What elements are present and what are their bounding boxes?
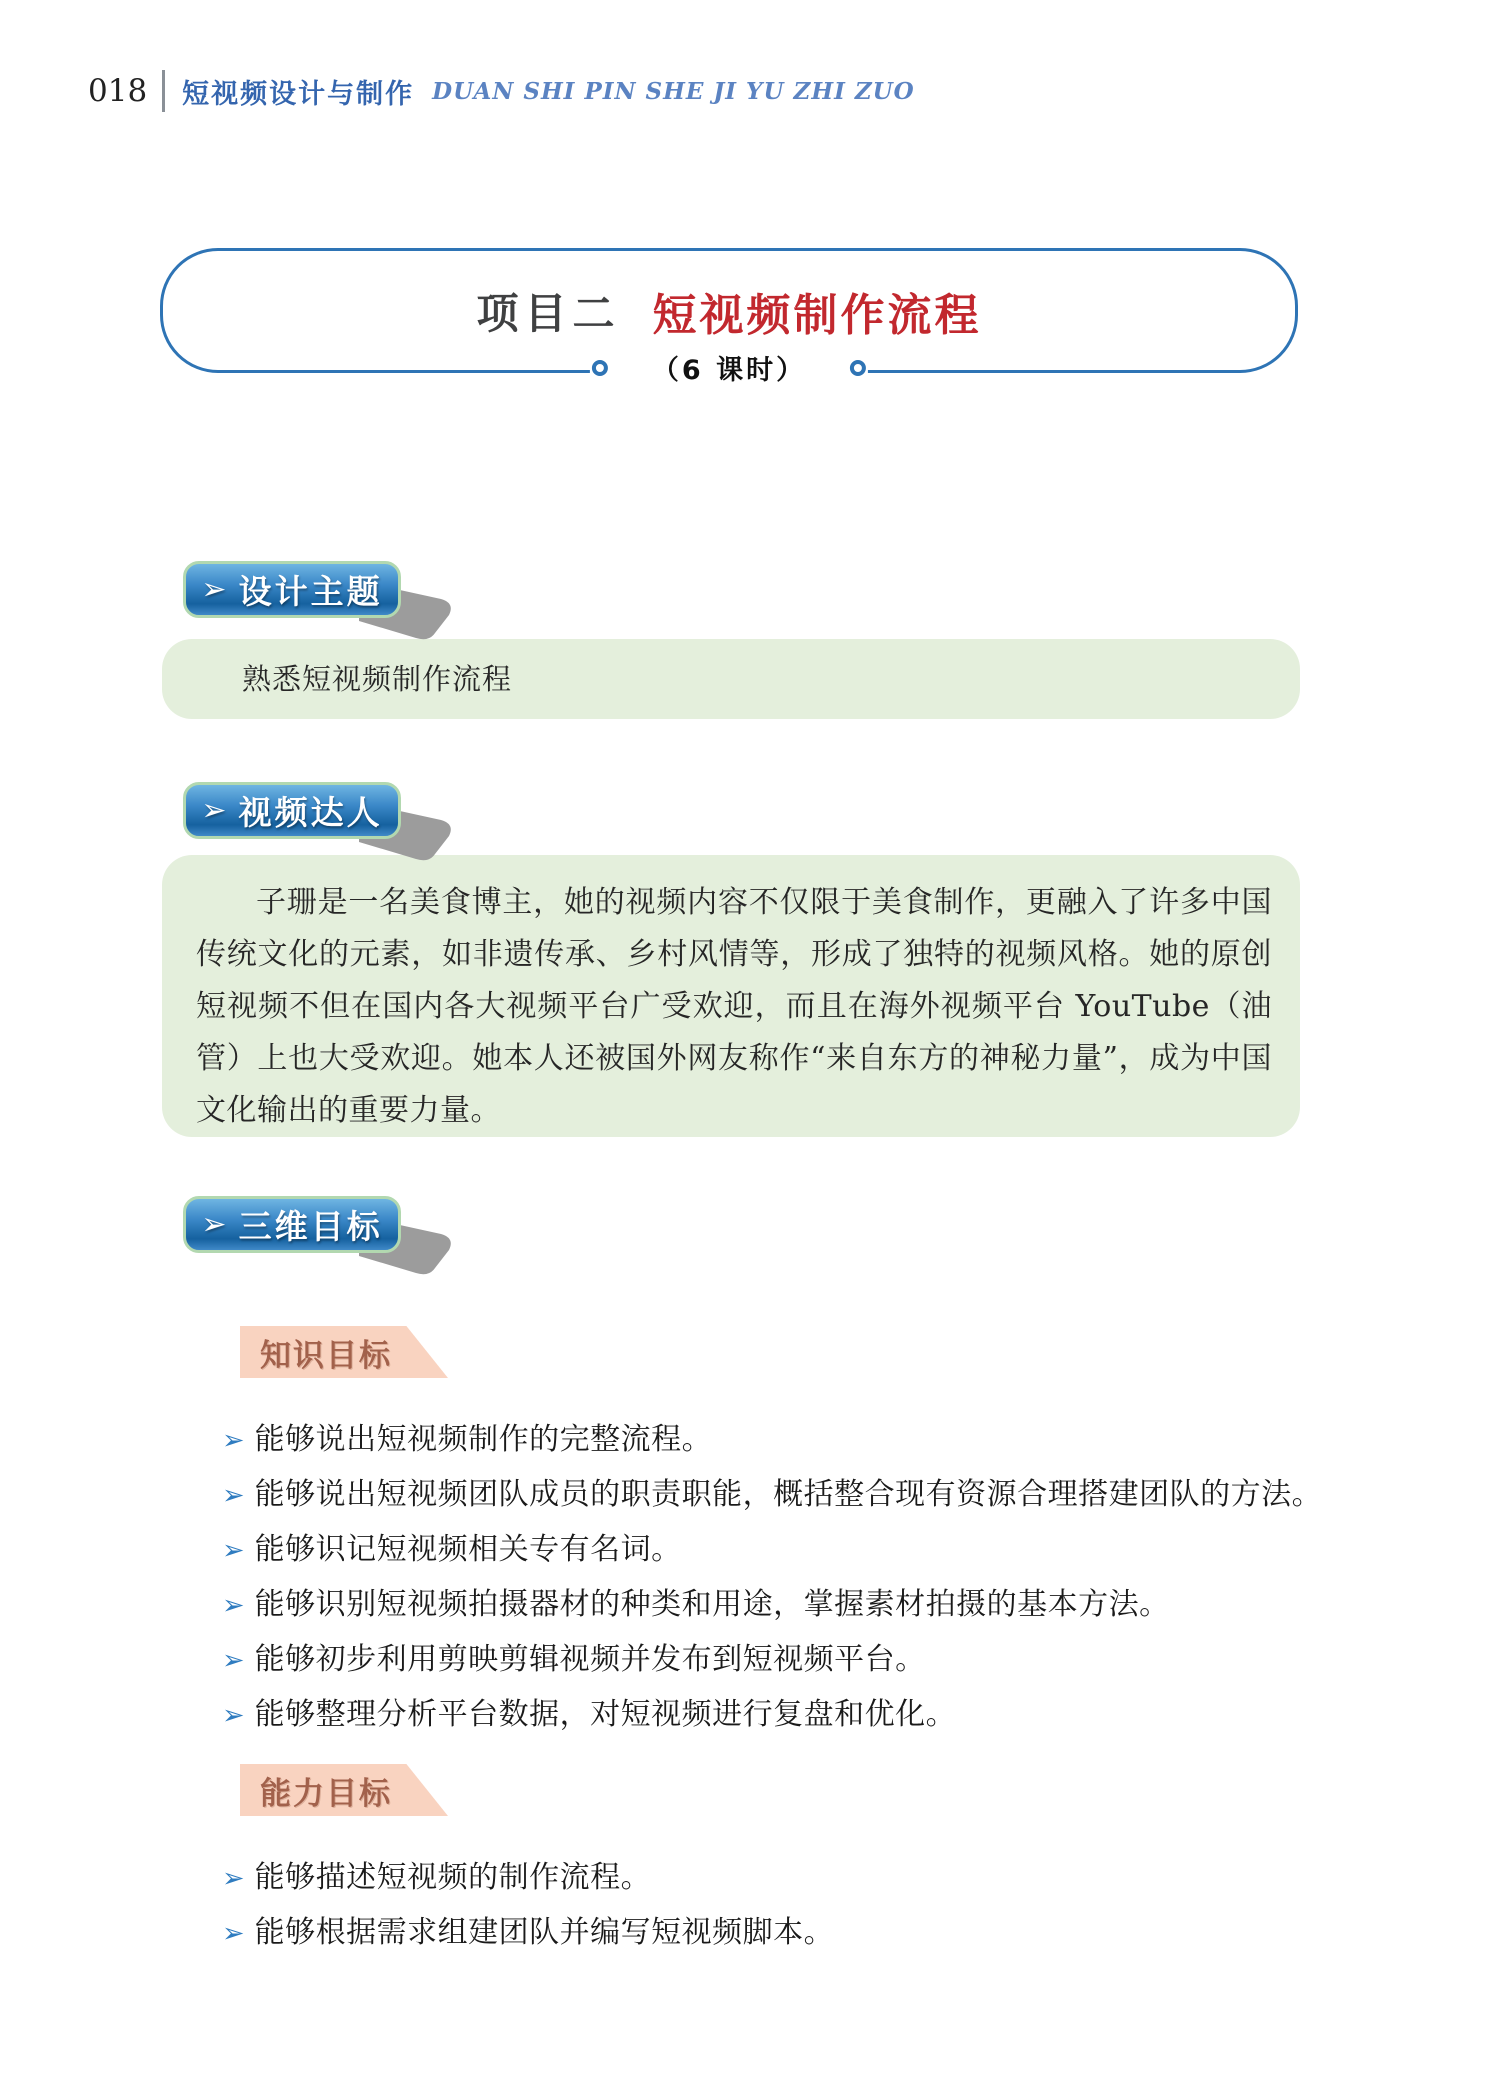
bullet-arrow-icon: ➢ <box>222 1534 245 1568</box>
goal-text: 能够说出短视频制作的完整流程。 <box>255 1424 713 1456</box>
design-theme-content-box: 熟悉短视频制作流程 <box>162 639 1300 719</box>
tab-pill: ➢ 三维目标 <box>183 1196 401 1253</box>
goal-text: 能够描述短视频的制作流程。 <box>255 1862 652 1894</box>
list-item: ➢ 能够整理分析平台数据，对短视频进行复盘和优化。 <box>222 1699 1322 1733</box>
project-duration: （6 课时） <box>590 348 868 387</box>
knowledge-goal-banner: 知识目标 <box>240 1326 448 1378</box>
bullet-arrow-icon: ➢ <box>222 1589 245 1623</box>
arrow-right-icon: ➢ <box>201 1210 226 1240</box>
list-item: ➢ 能够初步利用剪映剪辑视频并发布到短视频平台。 <box>222 1644 1322 1678</box>
project-label: 项目二 <box>476 281 620 341</box>
running-head: 018 短视频设计与制作 DUAN SHI PIN SHE JI YU ZHI … <box>88 70 915 112</box>
header-divider <box>162 70 165 112</box>
bullet-arrow-icon: ➢ <box>222 1424 245 1458</box>
ability-goal-label: 能力目标 <box>260 1768 392 1813</box>
ability-goal-banner: 能力目标 <box>240 1764 448 1816</box>
list-item: ➢ 能够说出短视频团队成员的职责职能，概括整合现有资源合理搭建团队的方法。 <box>222 1479 1322 1513</box>
bullet-arrow-icon: ➢ <box>222 1699 245 1733</box>
book-title: 短视频设计与制作 <box>182 72 414 111</box>
circle-endpoint-icon <box>592 360 608 376</box>
section-tab-video-expert: ➢ 视频达人 <box>183 782 401 839</box>
goal-text: 能够初步利用剪映剪辑视频并发布到短视频平台。 <box>255 1644 926 1676</box>
tab-label: 设计主题 <box>239 566 383 613</box>
project-title: 短视频制作流程 <box>653 279 982 343</box>
tab-pill: ➢ 视频达人 <box>183 782 401 839</box>
bullet-arrow-icon: ➢ <box>222 1862 245 1896</box>
goal-text: 能够说出短视频团队成员的职责职能，概括整合现有资源合理搭建团队的方法。 <box>255 1479 1323 1511</box>
arrow-right-icon: ➢ <box>201 575 226 605</box>
knowledge-goal-list: ➢ 能够说出短视频制作的完整流程。 ➢ 能够说出短视频团队成员的职责职能，概括整… <box>222 1424 1322 1754</box>
section-tab-three-goals: ➢ 三维目标 <box>183 1196 401 1253</box>
ability-goal-list: ➢ 能够描述短视频的制作流程。 ➢ 能够根据需求组建团队并编写短视频脚本。 <box>222 1862 834 1972</box>
project-title-box: 项目二 短视频制作流程 （6 课时） <box>160 248 1298 373</box>
goal-text: 能够整理分析平台数据，对短视频进行复盘和优化。 <box>255 1699 957 1731</box>
goal-text: 能够识记短视频相关专有名词。 <box>255 1534 682 1566</box>
video-expert-paragraph: 子珊是一名美食博主，她的视频内容不仅限于美食制作，更融入了许多中国传统文化的元素… <box>196 877 1272 1137</box>
list-item: ➢ 能够识别短视频拍摄器材的种类和用途，掌握素材拍摄的基本方法。 <box>222 1589 1322 1623</box>
duration-text: （6 课时） <box>652 348 806 387</box>
knowledge-goal-label: 知识目标 <box>260 1330 392 1375</box>
list-item: ➢ 能够描述短视频的制作流程。 <box>222 1862 834 1896</box>
section-tab-design-theme: ➢ 设计主题 <box>183 561 401 618</box>
tab-pill: ➢ 设计主题 <box>183 561 401 618</box>
circle-endpoint-icon <box>850 360 866 376</box>
page-number: 018 <box>88 73 147 109</box>
goal-text: 能够识别短视频拍摄器材的种类和用途，掌握素材拍摄的基本方法。 <box>255 1589 1170 1621</box>
book-title-pinyin: DUAN SHI PIN SHE JI YU ZHI ZUO <box>432 78 915 105</box>
goal-text: 能够根据需求组建团队并编写短视频脚本。 <box>255 1917 835 1949</box>
bullet-arrow-icon: ➢ <box>222 1479 245 1513</box>
arrow-right-icon: ➢ <box>201 796 226 826</box>
bullet-arrow-icon: ➢ <box>222 1917 245 1951</box>
bullet-arrow-icon: ➢ <box>222 1644 245 1678</box>
list-item: ➢ 能够识记短视频相关专有名词。 <box>222 1534 1322 1568</box>
tab-label: 视频达人 <box>239 787 383 834</box>
list-item: ➢ 能够根据需求组建团队并编写短视频脚本。 <box>222 1917 834 1951</box>
video-expert-content-box: 子珊是一名美食博主，她的视频内容不仅限于美食制作，更融入了许多中国传统文化的元素… <box>162 855 1300 1137</box>
design-theme-text: 熟悉短视频制作流程 <box>242 662 512 696</box>
tab-label: 三维目标 <box>239 1201 383 1248</box>
list-item: ➢ 能够说出短视频制作的完整流程。 <box>222 1424 1322 1458</box>
